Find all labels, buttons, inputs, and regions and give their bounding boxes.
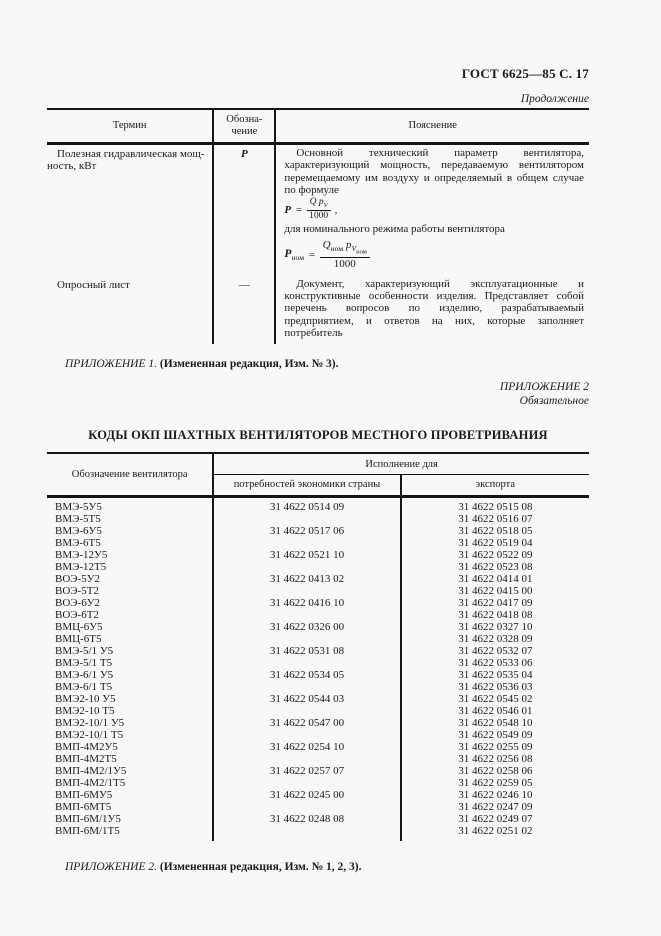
- export-code: 31 4622 0523 08: [401, 561, 589, 573]
- fan-designation: ВМЭ-5У5: [47, 496, 213, 513]
- export-code: 31 4622 0519 04: [401, 537, 589, 549]
- terms-row-power: Полезная гидравлическая мощ- ность, кВт …: [47, 144, 589, 276]
- okp-header-row-1: Обозначение вентилятора Исполнение для: [47, 453, 589, 475]
- term-name: Полезная гидравлическая мощ- ность, кВт: [47, 144, 213, 276]
- okp-table-row: ВМЭ2-10/1 Т531 4622 0549 09: [47, 729, 589, 741]
- okp-table-title: КОДЫ ОКП ШАХТНЫХ ВЕНТИЛЯТОРОВ МЕСТНОГО П…: [47, 428, 589, 443]
- fan-designation: ВМЦ-6Т5: [47, 633, 213, 645]
- okp-table-row: ВМЭ-12У531 4622 0521 1031 4622 0522 09: [47, 549, 589, 561]
- export-code: 31 4622 0249 07: [401, 813, 589, 825]
- domestic-code: 31 4622 0248 08: [213, 813, 400, 825]
- export-code: 31 4622 0417 09: [401, 597, 589, 609]
- okp-col-group: Исполнение для: [213, 453, 589, 475]
- okp-table-row: ВМЭ-5/1 У531 4622 0531 0831 4622 0532 07: [47, 645, 589, 657]
- domestic-code: [213, 825, 400, 841]
- fraction: Q pV 1000: [307, 198, 331, 222]
- domestic-code: [213, 777, 400, 789]
- okp-table-body: ВМЭ-5У531 4622 0514 0931 4622 0515 08ВМЭ…: [47, 496, 589, 841]
- okp-table-row: ВМП-4М2/1Т531 4622 0259 05: [47, 777, 589, 789]
- fan-designation: ВМЭ-6/1 Т5: [47, 681, 213, 693]
- term-name: Опросный лист: [47, 276, 213, 345]
- domestic-code: 31 4622 0257 07: [213, 765, 400, 777]
- okp-col-domestic: потребностей экономики страны: [213, 474, 400, 496]
- export-code: 31 4622 0328 09: [401, 633, 589, 645]
- terms-table-header-row: Термин Обозна- чение Пояснение: [47, 109, 589, 144]
- okp-table-row: ВОЭ-6Т231 4622 0418 08: [47, 609, 589, 621]
- nominal-mode-line: для номинального режима работы вентилято…: [284, 223, 584, 235]
- okp-col-designation: Обозначение вентилятора: [47, 453, 213, 497]
- fan-designation: ВМП-6М/1У5: [47, 813, 213, 825]
- term-explanation: Документ, характеризующий эксплуатационн…: [275, 276, 589, 345]
- export-code: 31 4622 0255 09: [401, 741, 589, 753]
- fan-designation: ВМЭ2-10 У5: [47, 693, 213, 705]
- fan-designation: ВМЦ-6У5: [47, 621, 213, 633]
- continuation-label: Продолжение: [47, 93, 589, 105]
- okp-table-row: ВМЭ-5У531 4622 0514 0931 4622 0515 08: [47, 496, 589, 513]
- export-code: 31 4622 0532 07: [401, 645, 589, 657]
- domestic-code: [213, 585, 400, 597]
- terms-col-term: Термин: [47, 109, 213, 144]
- okp-table-row: ВМЦ-6Т531 4622 0328 09: [47, 633, 589, 645]
- okp-table-row: ВОЭ-5Т231 4622 0415 00: [47, 585, 589, 597]
- fan-designation: ВМЭ-5/1 У5: [47, 645, 213, 657]
- fan-designation: ВМП-4М2/1У5: [47, 765, 213, 777]
- okp-table-row: ВМЭ-6/1 У531 4622 0534 0531 4622 0535 04: [47, 669, 589, 681]
- okp-table-row: ВОЭ-6У231 4622 0416 1031 4622 0417 09: [47, 597, 589, 609]
- export-code: 31 4622 0259 05: [401, 777, 589, 789]
- explanation-paragraph: Основной технический параметр вентилятор…: [284, 147, 584, 196]
- domestic-code: 31 4622 0521 10: [213, 549, 400, 561]
- fan-designation: ВМЭ-5/1 Т5: [47, 657, 213, 669]
- export-code: 31 4622 0258 06: [401, 765, 589, 777]
- domestic-code: [213, 537, 400, 549]
- fan-designation: ВМЭ-6/1 У5: [47, 669, 213, 681]
- formula-power-nominal: Pном = Qном pVном 1000: [284, 240, 584, 271]
- domestic-code: 31 4622 0416 10: [213, 597, 400, 609]
- domestic-code: [213, 801, 400, 813]
- okp-table-row: ВМЭ-6/1 Т531 4622 0536 03: [47, 681, 589, 693]
- domestic-code: 31 4622 0514 09: [213, 496, 400, 513]
- appendix2-label: ПРИЛОЖЕНИЕ 2: [47, 381, 589, 395]
- domestic-code: 31 4622 0531 08: [213, 645, 400, 657]
- fan-designation: ВМП-6М/1Т5: [47, 825, 213, 841]
- export-code: 31 4622 0546 01: [401, 705, 589, 717]
- export-code: 31 4622 0247 09: [401, 801, 589, 813]
- term-symbol: Р: [213, 144, 275, 276]
- okp-table-row: ВМП-4М2/1У531 4622 0257 0731 4622 0258 0…: [47, 765, 589, 777]
- domestic-code: [213, 561, 400, 573]
- fan-designation: ВМП-6МТ5: [47, 801, 213, 813]
- fan-designation: ВМП-4М2Т5: [47, 753, 213, 765]
- fan-designation: ВМП-4М2/1Т5: [47, 777, 213, 789]
- okp-table-row: ВМП-6М/1Т531 4622 0251 02: [47, 825, 589, 841]
- domestic-code: 31 4622 0544 03: [213, 693, 400, 705]
- export-code: 31 4622 0549 09: [401, 729, 589, 741]
- terms-col-designation: Обозна- чение: [213, 109, 275, 144]
- export-code: 31 4622 0535 04: [401, 669, 589, 681]
- okp-table-row: ВМП-6МТ531 4622 0247 09: [47, 801, 589, 813]
- okp-table-row: ВМЭ2-10 Т531 4622 0546 01: [47, 705, 589, 717]
- export-code: 31 4622 0545 02: [401, 693, 589, 705]
- domestic-code: [213, 753, 400, 765]
- export-code: 31 4622 0415 00: [401, 585, 589, 597]
- fan-designation: ВМП-6МУ5: [47, 789, 213, 801]
- fan-designation: ВМЭ-6У5: [47, 525, 213, 537]
- export-code: 31 4622 0516 07: [401, 513, 589, 525]
- formula-power-general: P = Q pV 1000 ,: [284, 198, 584, 222]
- okp-table-row: ВМЭ-5Т531 4622 0516 07: [47, 513, 589, 525]
- domestic-code: 31 4622 0534 05: [213, 669, 400, 681]
- domestic-code: [213, 729, 400, 741]
- okp-table-row: ВМП-4М2У531 4622 0254 1031 4622 0255 09: [47, 741, 589, 753]
- terms-table: Термин Обозна- чение Пояснение Полезная …: [47, 108, 589, 344]
- okp-table-row: ВОЭ-5У231 4622 0413 0231 4622 0414 01: [47, 573, 589, 585]
- terms-row-questionnaire: Опросный лист — Документ, характеризующи…: [47, 276, 589, 345]
- fan-designation: ВМЭ-12Т5: [47, 561, 213, 573]
- export-code: 31 4622 0246 10: [401, 789, 589, 801]
- export-code: 31 4622 0327 10: [401, 621, 589, 633]
- export-code: 31 4622 0418 08: [401, 609, 589, 621]
- explanation-paragraph: Документ, характеризующий эксплуатационн…: [284, 278, 584, 340]
- okp-table-row: ВМЭ-6Т531 4622 0519 04: [47, 537, 589, 549]
- appendix2-subtitle: Обязательное: [47, 395, 589, 409]
- domestic-code: 31 4622 0517 06: [213, 525, 400, 537]
- appendix2-heading: ПРИЛОЖЕНИЕ 2 Обязательное: [47, 381, 589, 409]
- fan-designation: ВОЭ-6Т2: [47, 609, 213, 621]
- export-code: 31 4622 0518 05: [401, 525, 589, 537]
- okp-table-row: ВМЭ-6У531 4622 0517 0631 4622 0518 05: [47, 525, 589, 537]
- okp-table-row: ВМЭ2-10/1 У531 4622 0547 0031 4622 0548 …: [47, 717, 589, 729]
- export-code: 31 4622 0414 01: [401, 573, 589, 585]
- document-page: ГОСТ 6625—85 С. 17 Продолжение Термин Об…: [0, 0, 661, 936]
- export-code: 31 4622 0256 08: [401, 753, 589, 765]
- domestic-code: [213, 513, 400, 525]
- domestic-code: 31 4622 0245 00: [213, 789, 400, 801]
- fan-designation: ВМЭ-6Т5: [47, 537, 213, 549]
- fan-designation: ВОЭ-5У2: [47, 573, 213, 585]
- fan-designation: ВОЭ-5Т2: [47, 585, 213, 597]
- domestic-code: [213, 633, 400, 645]
- okp-table-row: ВМП-6МУ531 4622 0245 0031 4622 0246 10: [47, 789, 589, 801]
- terms-col-explanation: Пояснение: [275, 109, 589, 144]
- okp-table-row: ВМП-4М2Т531 4622 0256 08: [47, 753, 589, 765]
- export-code: 31 4622 0251 02: [401, 825, 589, 841]
- export-code: 31 4622 0522 09: [401, 549, 589, 561]
- fan-designation: ВМЭ-5Т5: [47, 513, 213, 525]
- domestic-code: [213, 657, 400, 669]
- okp-table-row: ВМЭ-5/1 Т531 4622 0533 06: [47, 657, 589, 669]
- term-explanation: Основной технический параметр вентилятор…: [275, 144, 589, 276]
- fan-designation: ВМЭ-12У5: [47, 549, 213, 561]
- domestic-code: 31 4622 0326 00: [213, 621, 400, 633]
- standard-number-header: ГОСТ 6625—85 С. 17: [47, 66, 589, 82]
- okp-col-export: экспорта: [401, 474, 589, 496]
- domestic-code: [213, 705, 400, 717]
- domestic-code: 31 4622 0413 02: [213, 573, 400, 585]
- fan-designation: ВМП-4М2У5: [47, 741, 213, 753]
- okp-table-row: ВМП-6М/1У531 4622 0248 0831 4622 0249 07: [47, 813, 589, 825]
- okp-table-row: ВМЦ-6У531 4622 0326 0031 4622 0327 10: [47, 621, 589, 633]
- fan-designation: ВОЭ-6У2: [47, 597, 213, 609]
- okp-table-row: ВМЭ-12Т531 4622 0523 08: [47, 561, 589, 573]
- domestic-code: 31 4622 0254 10: [213, 741, 400, 753]
- okp-table-row: ВМЭ2-10 У531 4622 0544 0331 4622 0545 02: [47, 693, 589, 705]
- export-code: 31 4622 0536 03: [401, 681, 589, 693]
- fraction: Qном pVном 1000: [320, 240, 370, 271]
- okp-codes-table: Обозначение вентилятора Исполнение для п…: [47, 452, 589, 841]
- export-code: 31 4622 0515 08: [401, 496, 589, 513]
- appendix1-note: ПРИЛОЖЕНИЕ 1. (Измененная редакция, Изм.…: [65, 358, 589, 370]
- term-symbol: —: [213, 276, 275, 345]
- export-code: 31 4622 0533 06: [401, 657, 589, 669]
- domestic-code: [213, 609, 400, 621]
- domestic-code: [213, 681, 400, 693]
- appendix2-note: ПРИЛОЖЕНИЕ 2. (Измененная редакция, Изм.…: [65, 861, 589, 873]
- export-code: 31 4622 0548 10: [401, 717, 589, 729]
- fan-designation: ВМЭ2-10 Т5: [47, 705, 213, 717]
- fan-designation: ВМЭ2-10/1 У5: [47, 717, 213, 729]
- domestic-code: 31 4622 0547 00: [213, 717, 400, 729]
- fan-designation: ВМЭ2-10/1 Т5: [47, 729, 213, 741]
